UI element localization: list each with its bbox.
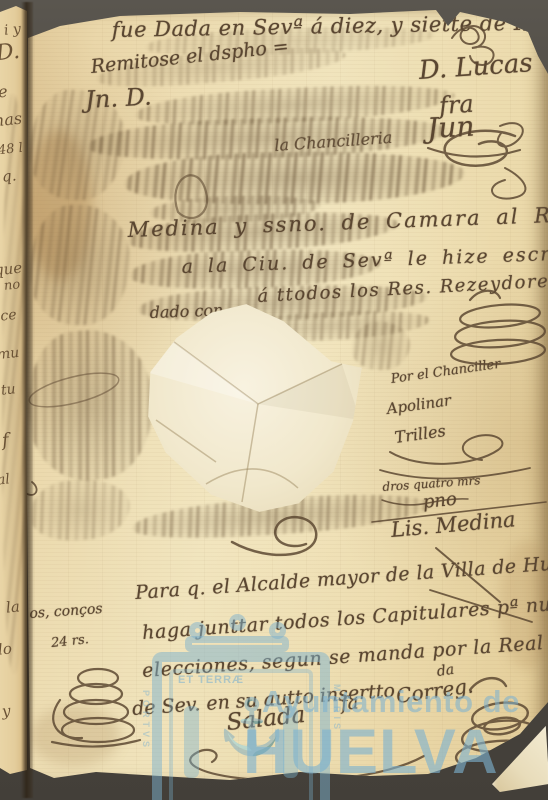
chancery-line-2: Apolinar bbox=[385, 391, 452, 418]
margin-note-concejo: os, conços bbox=[29, 601, 103, 622]
gutter-text-fragment: e bbox=[0, 82, 8, 102]
signature-jun: Jun bbox=[426, 110, 475, 145]
ink-bleed-band bbox=[352, 322, 410, 370]
chancery-line-1: Por el Chanciller bbox=[390, 357, 501, 387]
gutter-text-fragment: D. bbox=[0, 39, 21, 66]
jun-swash bbox=[428, 148, 520, 157]
salada-flourish bbox=[190, 750, 424, 781]
order-line-1: Para q. el Alcalde mayor de la Villa de … bbox=[134, 550, 548, 604]
signature-d-lucas: D. Lucas bbox=[418, 48, 534, 86]
manuscript-page: fue Dada en Sevª á diez, y siette de Feb… bbox=[0, 0, 548, 800]
jun-loop bbox=[498, 123, 523, 146]
footer-correg: Correg. bbox=[395, 673, 475, 708]
footer-da: da bbox=[436, 662, 455, 680]
margin-note-fee: 24 rs. bbox=[50, 632, 89, 651]
gutter-text-fragment: i y bbox=[3, 21, 21, 39]
signoff-pno: pno bbox=[422, 489, 458, 513]
ink-bleed-band bbox=[21, 324, 161, 486]
edge-dash bbox=[524, 27, 547, 30]
paper-stain bbox=[30, 706, 120, 766]
rubric-right bbox=[450, 291, 545, 367]
s-flourish-tail bbox=[492, 168, 525, 199]
binding-gutter-shadow bbox=[21, 2, 33, 798]
ink-bleed-band bbox=[30, 205, 130, 325]
footer-fa: fa bbox=[340, 692, 360, 715]
ink-bleed-band bbox=[28, 477, 132, 544]
date-line: fue Dada en Sevª á diez, y siette de Feb… bbox=[112, 9, 548, 42]
gutter-text-fragment: y bbox=[1, 702, 11, 721]
chancery-line-3: Trilles bbox=[393, 421, 447, 447]
signature-jn-d: Jn. D. bbox=[85, 83, 153, 114]
archival-scan: { "colors":{ "background":"#4e4a43","pap… bbox=[0, 0, 548, 800]
